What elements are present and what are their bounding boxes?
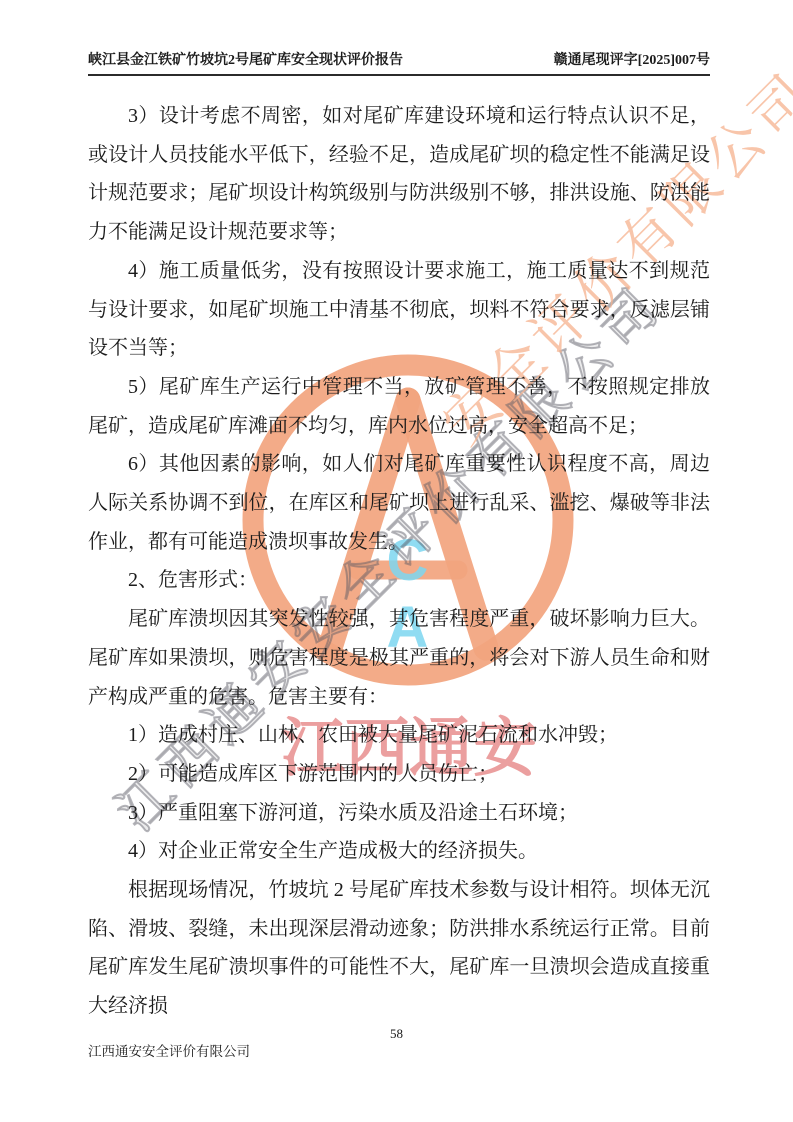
body-text: 3）设计考虑不周密，如对尾矿库建设环境和运行特点认识不足，或设计人员技能水平低下… bbox=[88, 97, 710, 1026]
page-header: 峡江县金江铁矿竹坡坑2号尾矿库安全现状评价报告 赣通尾现评字[2025]007号 bbox=[88, 49, 710, 76]
document-number: 赣通尾现评字[2025]007号 bbox=[554, 49, 710, 69]
paragraph-hazard-intro: 尾矿库溃坝因其突发性较强，其危害程度严重，破坏影响力巨大。尾矿库如果溃坝，则危害… bbox=[88, 600, 710, 716]
paragraph-operation: 5）尾矿库生产运行中管理不当，放矿管理不善，不按照规定排放尾矿，造成尾矿库滩面不… bbox=[88, 368, 710, 445]
document-page: CA 江西通安安全评价有限公司 安全评价有限公司 江西通安 峡江县金江铁矿竹坡坑… bbox=[0, 0, 793, 1122]
list-item-hazard-3: 3）严重阻塞下游河道，污染水质及沿途土石环境； bbox=[88, 794, 710, 833]
list-item-hazard-4: 4）对企业正常安全生产造成极大的经济损失。 bbox=[88, 832, 710, 871]
list-item-hazard-1: 1）造成村庄、山林、农田被大量尾矿泥石流和水冲毁； bbox=[88, 716, 710, 755]
list-item-hazard-2: 2）可能造成库区下游范围内的人员伤亡； bbox=[88, 755, 710, 794]
page-content: 峡江县金江铁矿竹坡坑2号尾矿库安全现状评价报告 赣通尾现评字[2025]007号… bbox=[0, 0, 793, 1122]
report-title: 峡江县金江铁矿竹坡坑2号尾矿库安全现状评价报告 bbox=[88, 49, 403, 69]
section-heading-hazards: 2、危害形式： bbox=[88, 561, 710, 600]
paragraph-construction: 4）施工质量低劣，没有按照设计要求施工，施工质量达不到规范与设计要求，如尾矿坝施… bbox=[88, 252, 710, 368]
paragraph-design-flaws: 3）设计考虑不周密，如对尾矿库建设环境和运行特点认识不足，或设计人员技能水平低下… bbox=[88, 97, 710, 252]
paragraph-other-factors: 6）其他因素的影响，如人们对尾矿库重要性认识程度不高，周边人际关系协调不到位，在… bbox=[88, 445, 710, 561]
footer-company-name: 江西通安安全评价有限公司 bbox=[88, 1040, 250, 1060]
paragraph-site-conclusion: 根据现场情况，竹坡坑 2 号尾矿库技术参数与设计相符。坝体无沉陷、滑坡、裂缝，未… bbox=[88, 871, 710, 1026]
